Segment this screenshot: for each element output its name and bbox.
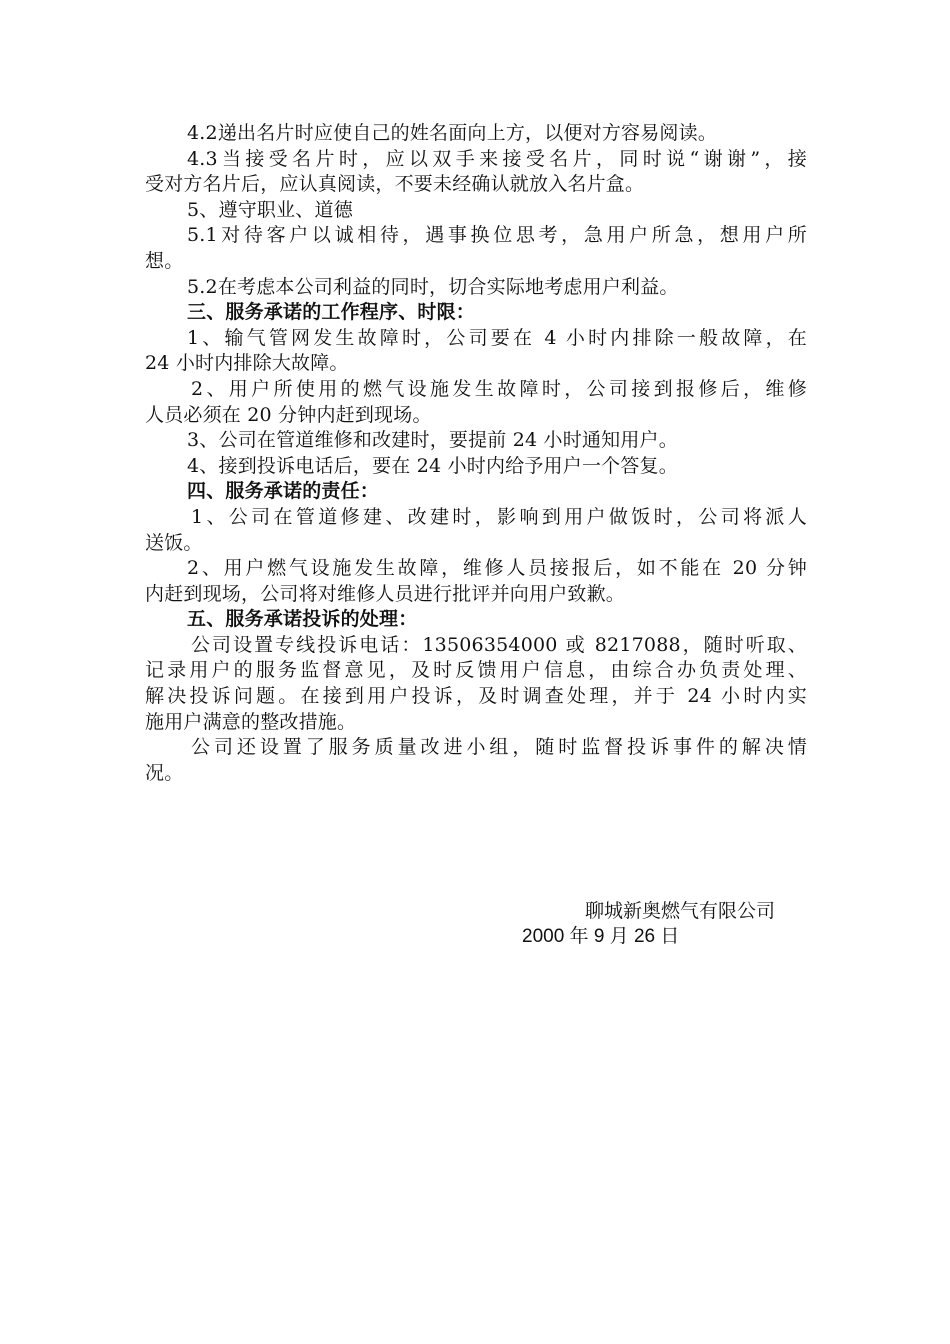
document-body: 4.2递出名片时应使自己的姓名面向上方，以便对方容易阅读。 4.3当接受名片时，… (145, 121, 807, 786)
signature-date: 2000 年 9 月 26 日 (522, 921, 679, 948)
paragraph-line: 送饭。 (145, 531, 807, 557)
paragraph-line: 4.2递出名片时应使自己的姓名面向上方，以便对方容易阅读。 (145, 121, 807, 147)
paragraph-line: 公司还设置了服务质量改进小组，随时监督投诉事件的解决情 (145, 735, 807, 761)
paragraph-line: 公司设置专线投诉电话：13506354000 或 8217088，随时听取、 (145, 633, 807, 659)
paragraph-line: 受对方名片后，应认真阅读，不要未经确认就放入名片盒。 (145, 172, 807, 198)
paragraph-line: 2、用户燃气设施发生故障，维修人员接报后，如不能在 20 分钟 (145, 556, 807, 582)
paragraph-line: 施用户满意的整改措施。 (145, 710, 807, 736)
section-heading: 五、服务承诺投诉的处理： (145, 607, 807, 633)
paragraph-line: 5.1对待客户以诚相待，遇事换位思考，急用户所急，想用户所 (145, 223, 807, 249)
paragraph-line: 24 小时内排除大故障。 (145, 351, 807, 377)
paragraph-line: 3、公司在管道维修和改建时，要提前 24 小时通知用户。 (145, 428, 807, 454)
paragraph-line: 1、公司在管道修建、改建时，影响到用户做饭时，公司将派人 (145, 505, 807, 531)
paragraph-line: 人员必须在 20 分钟内赶到现场。 (145, 403, 807, 429)
paragraph-line: 内赶到现场，公司将对维修人员进行批评并向用户致歉。 (145, 582, 807, 608)
paragraph-line: 5、遵守职业、道德 (145, 198, 807, 224)
section-heading: 三、服务承诺的工作程序、时限： (145, 300, 807, 326)
section-heading: 四、服务承诺的责任： (145, 479, 807, 505)
paragraph-line: 2、用户所使用的燃气设施发生故障时，公司接到报修后，维修 (145, 377, 807, 403)
paragraph-line: 记录用户的服务监督意见，及时反馈用户信息，由综合办负责处理、 (145, 658, 807, 684)
paragraph-line: 5.2在考虑本公司利益的同时，切合实际地考虑用户利益。 (145, 275, 807, 301)
paragraph-line: 想。 (145, 249, 807, 275)
signature-company: 聊城新奥燃气有限公司 (585, 896, 775, 923)
paragraph-line: 1、输气管网发生故障时，公司要在 4 小时内排除一般故障，在 (145, 326, 807, 352)
paragraph-line: 况。 (145, 761, 807, 787)
paragraph-line: 4.3当接受名片时，应以双手来接受名片，同时说“谢谢”，接 (145, 147, 807, 173)
paragraph-line: 4、接到投诉电话后，要在 24 小时内给予用户一个答复。 (145, 454, 807, 480)
paragraph-line: 解决投诉问题。在接到用户投诉，及时调查处理，并于 24 小时内实 (145, 684, 807, 710)
